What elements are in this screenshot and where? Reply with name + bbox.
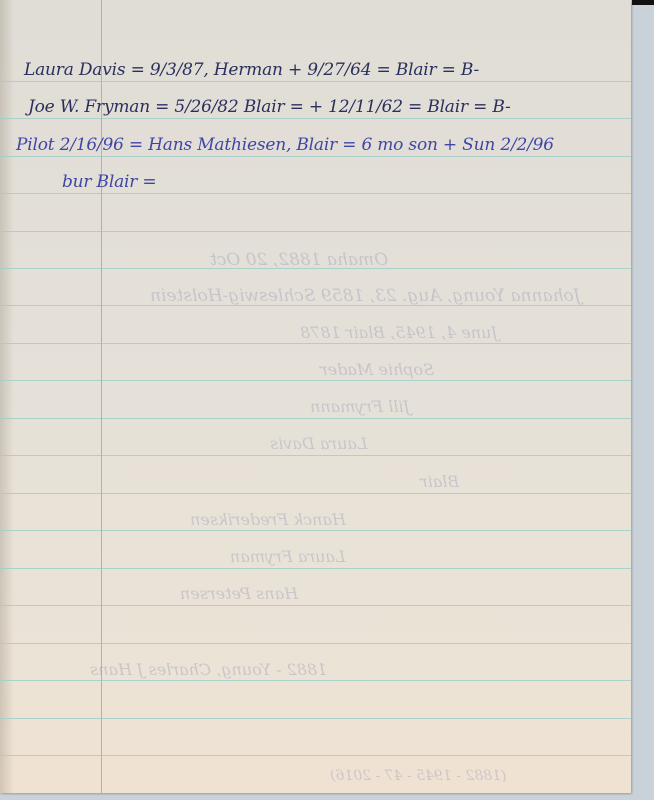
rule-line xyxy=(0,755,631,756)
bleed-through-text: Jill Frymann xyxy=(310,397,410,416)
bleed-through-text: Johanna Young, Aug. 23, 1859 Schleswig-H… xyxy=(150,286,581,306)
rule-line xyxy=(0,156,631,157)
rule-line xyxy=(0,493,631,494)
rule-line xyxy=(0,530,631,531)
rule-line xyxy=(0,680,631,681)
scan-corner xyxy=(632,0,654,5)
bleed-through-text: 1882 - Young, Charles J Hans xyxy=(90,660,327,679)
rule-line xyxy=(0,605,631,606)
rule-line xyxy=(0,455,631,456)
rule-line xyxy=(0,418,631,419)
bleed-through-text: Laura Fryman xyxy=(230,547,346,566)
rule-line xyxy=(0,118,631,119)
rule-line xyxy=(0,193,631,194)
notebook-page: Omaha 1882, 20 Oct Johanna Young, Aug. 2… xyxy=(0,0,631,793)
rule-line xyxy=(0,643,631,644)
bleed-through-text: Hanck Frederiksen xyxy=(190,510,346,529)
rule-line xyxy=(0,718,631,719)
rule-line xyxy=(0,231,631,232)
handwritten-entry-2: Joe W. Fryman = 5/26/82 Blair = + 12/11/… xyxy=(28,97,511,117)
bleed-through-text: Omaha 1882, 20 Oct xyxy=(210,250,388,270)
rule-line xyxy=(0,81,631,82)
bleed-through-text: Blair xyxy=(420,472,459,491)
bleed-through-text: June 4, 1945, Blair 1878 xyxy=(300,323,498,342)
handwritten-entry-4: bur Blair = xyxy=(62,172,156,192)
bleed-through-text: (1882 - 1945 - 47 - 2016) xyxy=(330,768,507,784)
bleed-through-text: Laura Davis xyxy=(270,434,367,453)
rule-line xyxy=(0,568,631,569)
handwritten-entry-3: Pilot 2/16/96 = Hans Mathiesen, Blair = … xyxy=(16,135,554,155)
rule-line xyxy=(0,380,631,381)
handwritten-entry-1: Laura Davis = 9/3/87, Herman + 9/27/64 =… xyxy=(24,60,479,80)
bleed-through-text: Hans Petersen xyxy=(180,584,298,603)
bleed-through-text: Sophie Mader xyxy=(320,360,434,379)
rule-line xyxy=(0,343,631,344)
